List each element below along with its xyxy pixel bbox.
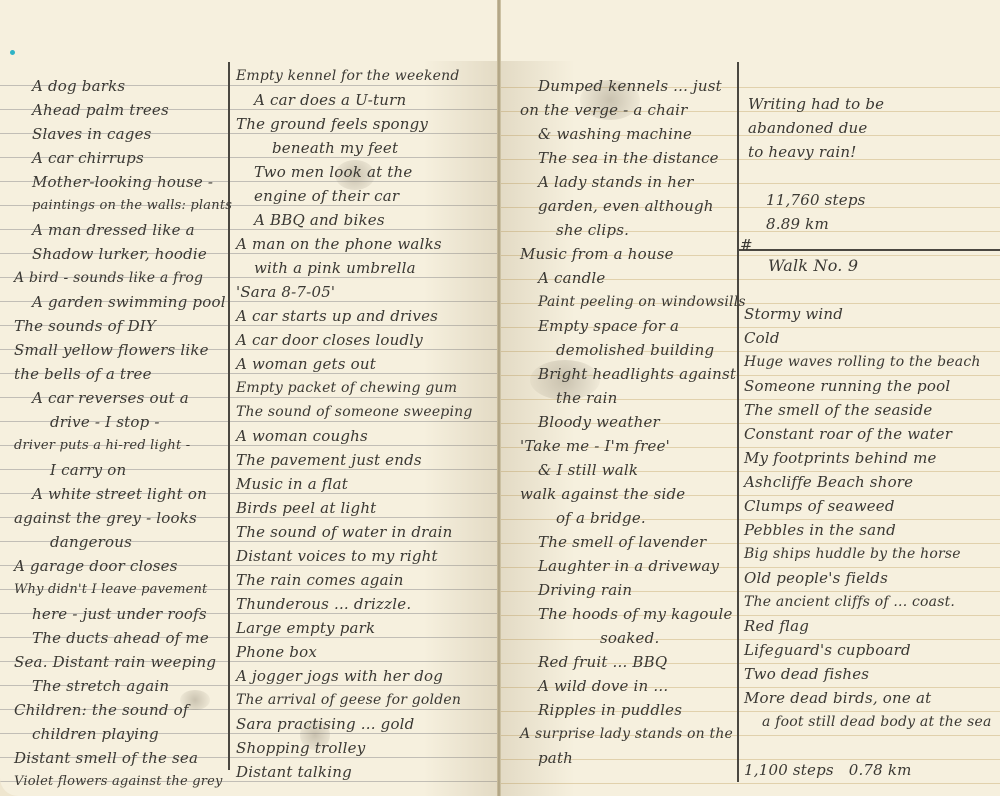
left-page-column-divider bbox=[228, 62, 230, 770]
note-line: A garden swimming pool bbox=[14, 290, 226, 314]
note-line: The smell of lavender bbox=[520, 530, 735, 554]
note-line: engine of their car bbox=[236, 184, 494, 208]
note-line: The arrival of geese for golden bbox=[236, 688, 494, 712]
note-line: Old people's fields bbox=[744, 566, 996, 590]
note-line: path bbox=[520, 746, 735, 770]
right-page-column-1: Dumped kennels ... just on the verge - a… bbox=[520, 74, 735, 770]
right-page-column-divider bbox=[737, 62, 739, 782]
note-line: Stormy wind bbox=[744, 302, 996, 326]
note-line: to heavy rain! bbox=[748, 140, 993, 164]
note-line: A garage door closes bbox=[14, 554, 226, 578]
note-line: here - just under roofs bbox=[14, 602, 226, 626]
note-line: Red flag bbox=[744, 614, 996, 638]
note-line: I carry on bbox=[14, 458, 226, 482]
note-line: A woman gets out bbox=[236, 352, 494, 376]
note-line: Sea. Distant rain weeping bbox=[14, 650, 226, 674]
note-line: A bird - sounds like a frog bbox=[14, 266, 226, 290]
note-line: dangerous bbox=[14, 530, 226, 554]
walk-stats: 1,100 steps 0.78 km bbox=[744, 758, 996, 782]
note-line: A surprise lady stands on the bbox=[520, 722, 735, 746]
note-line: & washing machine bbox=[520, 122, 735, 146]
note-line: The rain comes again bbox=[236, 568, 494, 592]
note-line: A BBQ and bikes bbox=[236, 208, 494, 232]
note-line: the bells of a tree bbox=[14, 362, 226, 386]
note-line: Violet flowers against the grey bbox=[14, 770, 226, 794]
note-line: garden, even although bbox=[520, 194, 735, 218]
note-line: My footprints behind me bbox=[744, 446, 996, 470]
note-line: against the grey - looks bbox=[14, 506, 226, 530]
note-line: Clumps of seaweed bbox=[744, 494, 996, 518]
note-line: Small yellow flowers like bbox=[14, 338, 226, 362]
note-line: A man dressed like a bbox=[14, 218, 226, 242]
section-marker: # bbox=[740, 236, 753, 254]
right-page-column-2-top: Writing had to be abandoned due to heavy… bbox=[748, 92, 993, 236]
note-line: paintings on the walls: plants bbox=[14, 194, 226, 218]
distance: 8.89 km bbox=[748, 212, 993, 236]
note-line: Laughter in a driveway bbox=[520, 554, 735, 578]
note-line: A lady stands in her bbox=[520, 170, 735, 194]
note-line: walk against the side bbox=[520, 482, 735, 506]
notebook-spine bbox=[497, 0, 501, 796]
note-line: Red fruit ... BBQ bbox=[520, 650, 735, 674]
note-line: The stretch again bbox=[14, 674, 226, 698]
left-page-column-1: A dog barks Ahead palm trees Slaves in c… bbox=[14, 74, 226, 794]
note-line: Writing had to be bbox=[748, 92, 993, 116]
note-line: 'Sara 8-7-05' bbox=[236, 280, 494, 304]
note-line bbox=[744, 734, 996, 758]
note-line: Why didn't I leave pavement bbox=[14, 578, 226, 602]
note-line: soaked. bbox=[520, 626, 735, 650]
note-line: Thunderous ... drizzle. bbox=[236, 592, 494, 616]
note-line: of a bridge. bbox=[520, 506, 735, 530]
note-line: A woman coughs bbox=[236, 424, 494, 448]
note-line: The smell of the seaside bbox=[744, 398, 996, 422]
note-line: driver puts a hi-red light - bbox=[14, 434, 226, 458]
note-line: The ducts ahead of me bbox=[14, 626, 226, 650]
right-page-column-2-bottom: Stormy wind Cold Huge waves rolling to t… bbox=[744, 302, 996, 782]
note-line: Two men look at the bbox=[236, 160, 494, 184]
note-line: Empty kennel for the weekend bbox=[236, 64, 494, 88]
note-line: Paint peeling on windowsills bbox=[520, 290, 735, 314]
note-line: A car does a U-turn bbox=[236, 88, 494, 112]
note-line: Empty packet of chewing gum bbox=[236, 376, 494, 400]
note-line: with a pink umbrella bbox=[236, 256, 494, 280]
note-line: 'Take me - I'm free' bbox=[520, 434, 735, 458]
note-line: Driving rain bbox=[520, 578, 735, 602]
note-line: Big ships huddle by the horse bbox=[744, 542, 996, 566]
note-line: she clips. bbox=[520, 218, 735, 242]
note-line: demolished building bbox=[520, 338, 735, 362]
note-line: Mother-looking house - bbox=[14, 170, 226, 194]
note-line: More dead birds, one at bbox=[744, 686, 996, 710]
note-line: children playing bbox=[14, 722, 226, 746]
note-line: on the verge - a chair bbox=[520, 98, 735, 122]
step-count: 11,760 steps bbox=[748, 188, 993, 212]
note-line: Shadow lurker, hoodie bbox=[14, 242, 226, 266]
ink-speck bbox=[10, 50, 15, 55]
note-line: Shopping trolley bbox=[236, 736, 494, 760]
note-line: Distant smell of the sea bbox=[14, 746, 226, 770]
note-line: The sea in the distance bbox=[520, 146, 735, 170]
note-line: Ahead palm trees bbox=[14, 98, 226, 122]
note-line: Bloody weather bbox=[520, 410, 735, 434]
note-line: Lifeguard's cupboard bbox=[744, 638, 996, 662]
note-line: Distant voices to my right bbox=[236, 544, 494, 568]
note-line: The pavement just ends bbox=[236, 448, 494, 472]
note-line: Someone running the pool bbox=[744, 374, 996, 398]
note-line: Music from a house bbox=[520, 242, 735, 266]
note-line: Cold bbox=[744, 326, 996, 350]
note-line: A car chirrups bbox=[14, 146, 226, 170]
note-line: Ashcliffe Beach shore bbox=[744, 470, 996, 494]
note-line: A man on the phone walks bbox=[236, 232, 494, 256]
note-line: The ancient cliffs of ... coast. bbox=[744, 590, 996, 614]
note-line: A jogger jogs with her dog bbox=[236, 664, 494, 688]
note-line: The sound of someone sweeping bbox=[236, 400, 494, 424]
note-line: A white street light on bbox=[14, 482, 226, 506]
note-line: A car starts up and drives bbox=[236, 304, 494, 328]
note-line: The hoods of my kagoule bbox=[520, 602, 735, 626]
note-line: A candle bbox=[520, 266, 735, 290]
note-line: Ripples in puddles bbox=[520, 698, 735, 722]
note-line: Two dead fishes bbox=[744, 662, 996, 686]
note-line: A wild dove in ... bbox=[520, 674, 735, 698]
walk-section-rule bbox=[737, 249, 1000, 251]
note-line: A car reverses out a bbox=[14, 386, 226, 410]
walk-heading: Walk No. 9 bbox=[768, 254, 858, 278]
left-page-column-2: Empty kennel for the weekend A car does … bbox=[236, 64, 494, 784]
note-line: Empty space for a bbox=[520, 314, 735, 338]
note-line: Phone box bbox=[236, 640, 494, 664]
note-line: beneath my feet bbox=[236, 136, 494, 160]
note-line: Constant roar of the water bbox=[744, 422, 996, 446]
note-line: Pebbles in the sand bbox=[744, 518, 996, 542]
note-line: Slaves in cages bbox=[14, 122, 226, 146]
note-line: & I still walk bbox=[520, 458, 735, 482]
note-line: The sound of water in drain bbox=[236, 520, 494, 544]
note-line: abandoned due bbox=[748, 116, 993, 140]
note-line: a foot still dead body at the sea bbox=[744, 710, 996, 734]
note-line: A dog barks bbox=[14, 74, 226, 98]
note-line: the rain bbox=[520, 386, 735, 410]
note-line: The ground feels spongy bbox=[236, 112, 494, 136]
note-line: Huge waves rolling to the beach bbox=[744, 350, 996, 374]
note-line: Music in a flat bbox=[236, 472, 494, 496]
note-line: Large empty park bbox=[236, 616, 494, 640]
note-line: drive - I stop - bbox=[14, 410, 226, 434]
note-line: The sounds of DIY bbox=[14, 314, 226, 338]
note-line: Sara practising ... gold bbox=[236, 712, 494, 736]
note-line: A car door closes loudly bbox=[236, 328, 494, 352]
note-line bbox=[748, 164, 993, 188]
note-line: Children: the sound of bbox=[14, 698, 226, 722]
note-line: Bright headlights against bbox=[520, 362, 735, 386]
note-line: Distant talking bbox=[236, 760, 494, 784]
note-line: Birds peel at light bbox=[236, 496, 494, 520]
note-line: Dumped kennels ... just bbox=[520, 74, 735, 98]
